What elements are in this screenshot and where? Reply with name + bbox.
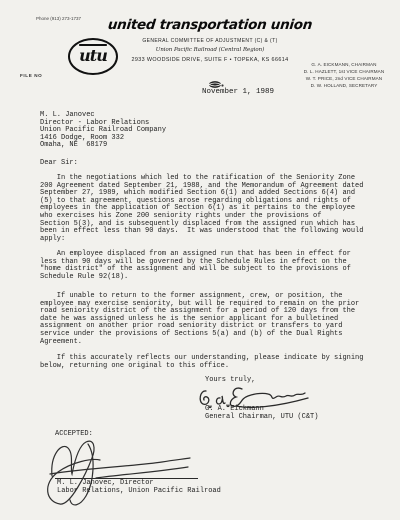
paragraph-3: If unable to return to the former assign… xyxy=(40,293,359,346)
recipient-address: M. L. Janovec Director - Labor Relations… xyxy=(40,112,166,150)
file-no-label: FILE NO xyxy=(20,73,42,78)
officer-chairman: G. A. EICKMANN, CHAIRMAN xyxy=(294,61,394,68)
signer-title: General Chairman, UTU (C&T) xyxy=(205,414,318,422)
janovec-signature xyxy=(36,434,196,510)
paragraph-2: An employee displaced from an assigned r… xyxy=(40,251,351,281)
acceptance-org: Labor Relations, Union Pacific Railroad xyxy=(57,488,221,496)
scanned-letter-page: Phone (913) 273-1737 utu united transpor… xyxy=(0,0,400,520)
paragraph-4: If this accurately reflects our understa… xyxy=(40,355,363,370)
date: November 1, 1989 xyxy=(202,88,274,96)
region-line: Union Pacific Railroad (Central Region) xyxy=(30,47,390,53)
org-name: united transportation union xyxy=(29,17,391,33)
officer-second-vice: W. T. PRICE, 2nd VICE CHAIRMAN xyxy=(294,75,394,82)
officers-list: G. A. EICKMANN, CHAIRMAN D. L. HAZLETT, … xyxy=(294,61,394,89)
officer-secretary: D. W. HOLLAND, SECRETARY xyxy=(294,82,394,89)
committee-line: GENERAL COMMITTEE OF ADJUSTMENT (C) & (T… xyxy=(30,38,390,44)
salutation: Dear Sir: xyxy=(40,160,78,168)
paragraph-1: In the negotiations which led to the rat… xyxy=(40,175,363,243)
letterhead: united transportation union GENERAL COMM… xyxy=(30,17,390,63)
officer-first-vice: D. L. HAZLETT, 1st VICE CHAIRMAN xyxy=(294,68,394,75)
